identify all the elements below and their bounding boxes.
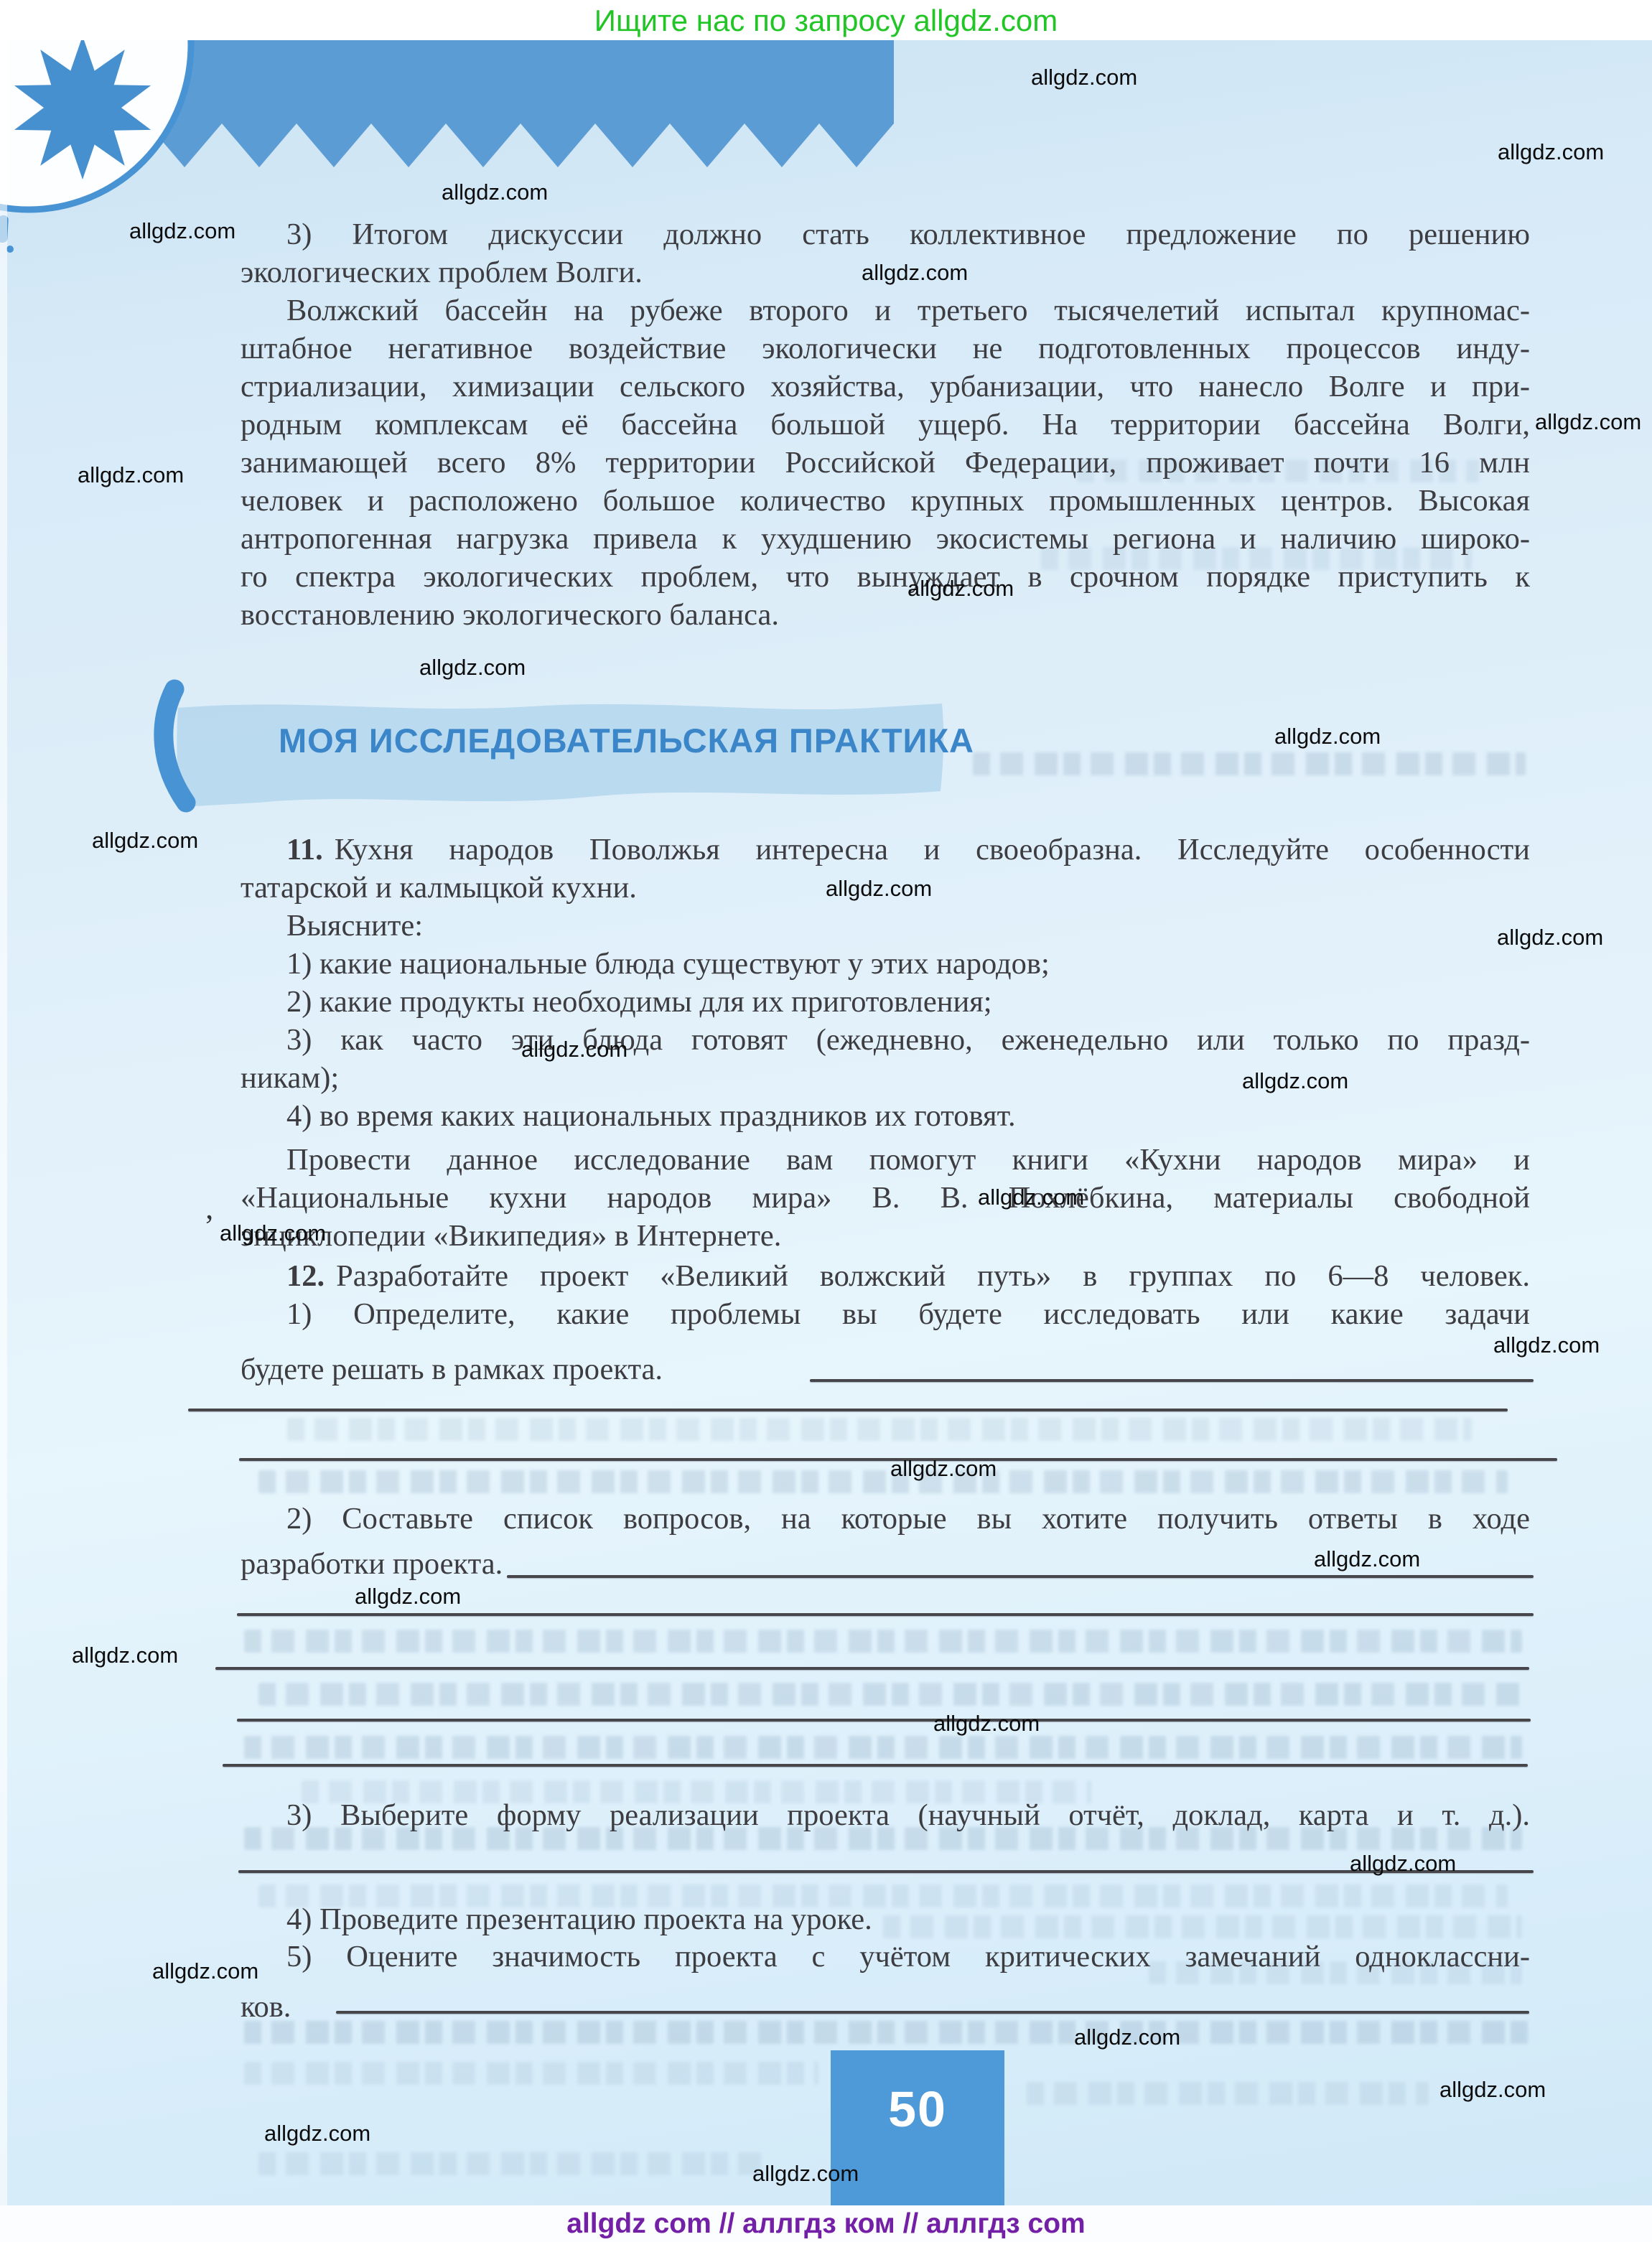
section-banner-title: МОЯ ИССЛЕДОВАТЕЛЬСКАЯ ПРАКТИКА [279, 721, 974, 760]
bleed-smudge [973, 752, 1526, 775]
text-line: Провести данное исследование вам помогут… [241, 1143, 1530, 1177]
bleed-smudge [244, 1630, 1522, 1653]
answer-line[interactable] [237, 1719, 1531, 1722]
list-item: 1) какие национальные блюда существуют у… [241, 947, 1530, 981]
text-line: го спектра экологических проблем, что вы… [241, 560, 1530, 594]
watermark: allgdz.com [355, 1584, 461, 1610]
page-number: 50 [888, 2080, 947, 2138]
watermark: allgdz.com [826, 876, 932, 902]
bleed-smudge [244, 2062, 818, 2085]
text-line: стриализации, химизации сельского хозяйс… [241, 370, 1530, 403]
task-text: Разработайте проект «Великий волжский пу… [336, 1259, 1530, 1293]
text-line: антропогенная нагрузка привела к ухудшен… [241, 522, 1530, 556]
answer-line[interactable] [237, 1613, 1534, 1616]
text-line: Выясните: [241, 909, 1530, 943]
text-line: Волжский бассейн на рубеже второго и тре… [241, 294, 1530, 327]
task-number: 11. [286, 833, 323, 867]
bleed-smudge [244, 2021, 1529, 2044]
text-line: штабное негативное воздействие экологиче… [241, 332, 1530, 365]
watermark: allgdz.com [1242, 1068, 1348, 1094]
bleed-smudge [258, 2152, 761, 2175]
answer-line[interactable] [238, 1870, 1534, 1873]
footer-promo: allgdz com // аллгдз ком // аллгдз com [0, 2208, 1652, 2240]
answer-line[interactable] [188, 1409, 1508, 1411]
watermark: allgdz.com [978, 1185, 1084, 1210]
list-item: 4) Проведите презентацию проекта на урок… [241, 1902, 1530, 1936]
list-item: 2) Составьте список вопросов, на которые… [241, 1502, 1530, 1536]
watermark: allgdz.com [129, 218, 235, 244]
text-line: 3) Итогом дискуссии должно стать коллект… [241, 218, 1530, 251]
workbook-page: Ищите нас по запросу allgdz.com МОЯ ИССЛ… [0, 0, 1652, 2242]
answer-line[interactable] [223, 1764, 1528, 1767]
edge-dot [6, 246, 14, 253]
watermark: allgdz.com [1498, 139, 1604, 165]
answer-line[interactable] [215, 1667, 1529, 1670]
task-text: Кухня народов Поволжья интересна и своео… [335, 833, 1530, 867]
watermark: allgdz.com [1031, 65, 1137, 90]
list-item: 4) во время каких национальных празднико… [241, 1099, 1530, 1133]
list-item: 1) Определите, какие проблемы вы будете … [241, 1297, 1530, 1331]
text-line: родным комплексам её бассейна большой ущ… [241, 408, 1530, 442]
watermark: allgdz.com [92, 828, 198, 854]
bleed-smudge [244, 1736, 1522, 1759]
watermark: allgdz.com [78, 462, 184, 488]
scan-edge [0, 0, 7, 2242]
promo-header: Ищите нас по запросу allgdz.com [0, 4, 1652, 38]
stray-mark: ’ [204, 1208, 215, 1244]
watermark: allgdz.com [152, 1958, 258, 1984]
watermark: allgdz.com [933, 1711, 1040, 1737]
list-item: 2) какие продукты необходимы для их приг… [241, 985, 1530, 1019]
bleed-smudge [1027, 2082, 1429, 2105]
bleed-smudge [258, 1683, 1522, 1706]
list-item: 3) как часто эти блюда готовят (ежедневн… [241, 1023, 1530, 1057]
watermark: allgdz.com [890, 1456, 997, 1482]
list-item: будете решать в рамках проекта. [241, 1353, 1530, 1386]
bleed-smudge [287, 1418, 1472, 1441]
watermark: allgdz.com [521, 1037, 627, 1062]
watermark: allgdz.com [220, 1220, 326, 1246]
text-line: занимающей всего 8% территории Российско… [241, 446, 1530, 480]
top-band-decoration [0, 39, 894, 167]
text-line: «Национальные кухни народов мира» В. В. … [241, 1181, 1530, 1215]
watermark: allgdz.com [1350, 1851, 1456, 1877]
watermark: allgdz.com [862, 260, 968, 286]
watermark: allgdz.com [1314, 1546, 1420, 1572]
task-12-intro: 12.Разработайте проект «Великий волжский… [241, 1259, 1530, 1293]
watermark: allgdz.com [1074, 2024, 1180, 2050]
watermark: allgdz.com [1439, 2077, 1546, 2103]
watermark: allgdz.com [442, 179, 548, 205]
watermark: allgdz.com [1493, 1332, 1600, 1358]
watermark: allgdz.com [264, 2121, 370, 2147]
banner-swoosh-icon [164, 689, 186, 803]
list-item: 3) Выберите форму реализации проекта (на… [241, 1798, 1530, 1832]
watermark: allgdz.com [1274, 724, 1381, 749]
list-item: 5) Оцените значимость проекта с учётом к… [241, 1940, 1530, 1974]
watermark: allgdz.com [907, 576, 1014, 602]
list-item: ков. [241, 1990, 1530, 2024]
star-icon [14, 36, 151, 179]
text-line: энциклопедии «Википедия» в Интернете. [241, 1219, 1530, 1253]
task-11-intro: 11.Кухня народов Поволжья интересна и св… [241, 833, 1530, 867]
bleed-smudge [258, 1470, 1508, 1493]
text-line: восстановлению экологического баланса. [241, 598, 1530, 632]
watermark: allgdz.com [1497, 925, 1603, 950]
watermark: allgdz.com [419, 655, 526, 681]
watermark: allgdz.com [752, 2161, 859, 2187]
watermark: allgdz.com [72, 1643, 178, 1668]
watermark: allgdz.com [1535, 409, 1641, 435]
text-line: человек и расположено большое количество… [241, 484, 1530, 518]
task-number: 12. [286, 1259, 325, 1293]
